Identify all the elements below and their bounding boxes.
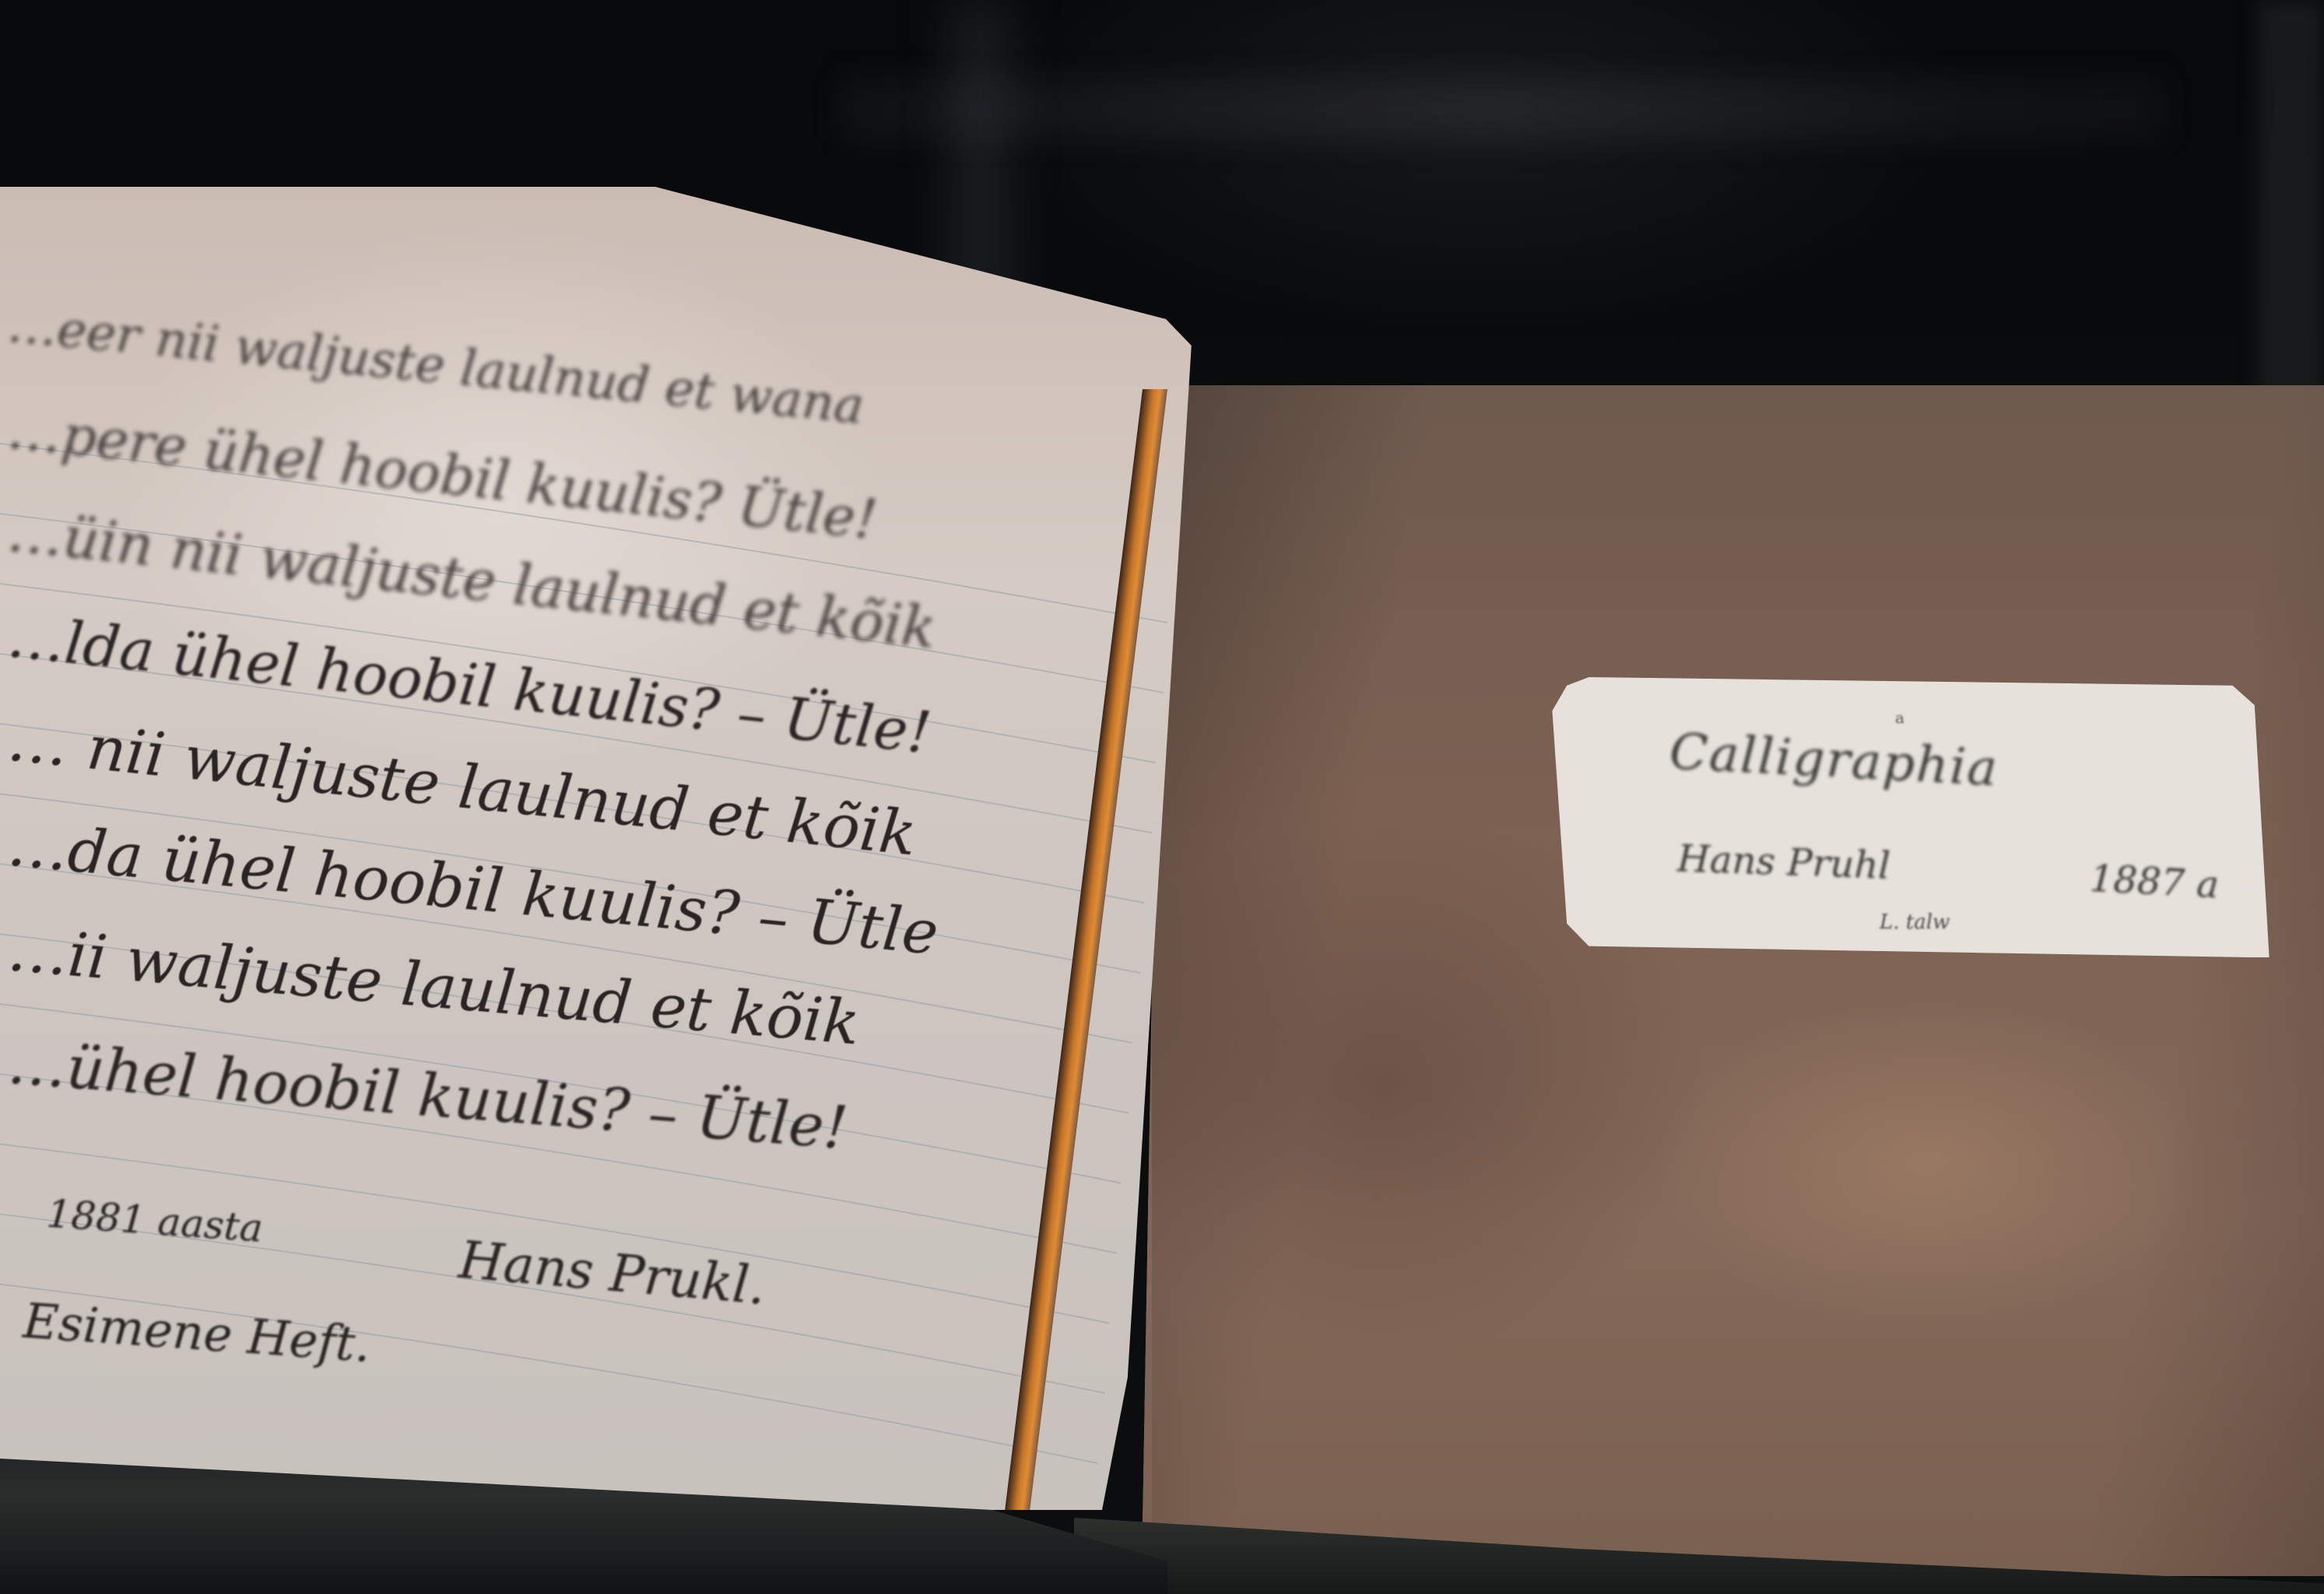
label-mark: a [1895,708,1904,727]
photo-scene: a Calligraphia Hans Pruhl 1887 a L. talw [0,0,2324,1594]
label-name: Hans Pruhl [1676,837,1890,888]
cover-label: a Calligraphia Hans Pruhl 1887 a L. talw [1545,677,2277,957]
background-display-case-frame [841,78,2164,140]
label-year: 1887 a [2089,857,2220,908]
label-title: Calligraphia [1668,723,1999,798]
notebook-cover [1142,385,2324,1576]
label-subtitle: L. talw [1880,911,1950,934]
